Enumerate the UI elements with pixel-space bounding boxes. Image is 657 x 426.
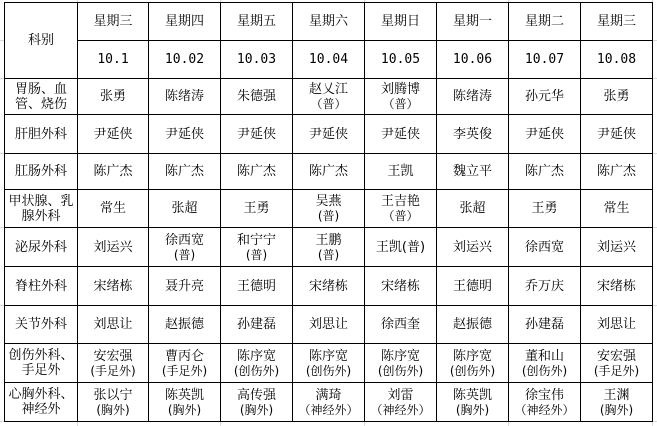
- doctor-cell: 曹丙仑(手足外): [149, 344, 221, 383]
- doctor-note: （普）: [365, 97, 436, 111]
- doctor-cell: 朱德强: [221, 79, 293, 115]
- doctor-cell: 宋绪栋: [581, 267, 653, 306]
- doctor-cell: 赵振德: [437, 306, 509, 344]
- doctor-name: 徐西奎: [365, 317, 436, 332]
- doctor-cell: 尹延侠: [293, 115, 365, 154]
- doctor-cell: 刘雷（神经外）: [365, 383, 437, 422]
- doctor-name: 陈序宽: [437, 349, 508, 364]
- doctor-name: 陈广杰: [293, 164, 364, 179]
- doctor-cell: 王德明: [437, 267, 509, 306]
- doctor-note: (手足外): [149, 364, 220, 378]
- doctor-note: (胸外): [581, 403, 652, 417]
- doctor-name: 陈广杰: [509, 164, 580, 179]
- doctor-cell: 王鹏(普): [293, 228, 365, 267]
- doctor-note: (创伤外): [221, 364, 292, 378]
- date-header: 10.05: [365, 41, 437, 79]
- doctor-name: 尹延侠: [221, 127, 292, 142]
- doctor-cell: 宋绪栋: [293, 267, 365, 306]
- doctor-name: 宋绪栋: [78, 279, 148, 294]
- doctor-cell: 赵振德: [149, 306, 221, 344]
- doctor-cell: 赵乂江（普）: [293, 79, 365, 115]
- schedule-row: 肛肠外科陈广杰陈广杰陈广杰陈广杰王凯魏立平陈广杰陈广杰: [5, 154, 653, 190]
- doctor-name: 陈绪涛: [149, 89, 220, 104]
- date-header: 10.07: [509, 41, 581, 79]
- weekday-header: 星期三: [78, 3, 149, 41]
- doctor-name: 陈序宽: [293, 349, 364, 364]
- doctor-cell: 徐西奎: [365, 306, 437, 344]
- doctor-note: (胸外): [437, 403, 508, 417]
- doctor-cell: 张勇: [581, 79, 653, 115]
- doctor-cell: 陈英凯(胸外): [149, 383, 221, 422]
- doctor-note: (创伤外): [437, 364, 508, 378]
- doctor-cell: 刘运兴: [78, 228, 149, 267]
- doctor-name: 曹丙仑: [149, 349, 220, 364]
- doctor-cell: 王渊(胸外): [581, 383, 653, 422]
- weekday-header: 星期一: [437, 3, 509, 41]
- department-cell: 心胸外科、神经外: [5, 383, 78, 422]
- department-cell: 创伤外科、手足外: [5, 344, 78, 383]
- doctor-cell: 乔万庆: [509, 267, 581, 306]
- doctor-name: 董和山: [509, 349, 580, 364]
- doctor-note: (普): [293, 248, 364, 262]
- doctor-name: 朱德强: [221, 89, 292, 104]
- doctor-name: 王鹏: [293, 233, 364, 248]
- doctor-name: 尹延侠: [509, 127, 580, 142]
- schedule-row: 脊柱外科宋绪栋聂升亮王德明宋绪栋宋绪栋王德明乔万庆宋绪栋: [5, 267, 653, 306]
- doctor-name: 和宁宁: [221, 233, 292, 248]
- doctor-name: 孙建磊: [221, 317, 292, 332]
- doctor-name: 陈绪涛: [437, 89, 508, 104]
- weekday-header: 星期三: [581, 3, 653, 41]
- doctor-name: 徐宝伟: [509, 388, 580, 403]
- doctor-name: 乔万庆: [509, 279, 580, 294]
- schedule-row: 泌尿外科刘运兴徐西宽(普)和宁宁(普)王鹏(普)王凯(普)刘运兴徐西宽刘运兴: [5, 228, 653, 267]
- doctor-name: 安宏强: [581, 349, 652, 364]
- doctor-name: 常生: [581, 201, 652, 216]
- doctor-name: 王渊: [581, 388, 652, 403]
- doctor-cell: 满琦（神经外）: [293, 383, 365, 422]
- doctor-name: 王凯(普): [365, 240, 436, 255]
- date-header: 10.08: [581, 41, 653, 79]
- doctor-note: （普）: [293, 97, 364, 111]
- doctor-name: 王勇: [509, 201, 580, 216]
- doctor-name: 陈序宽: [365, 349, 436, 364]
- weekday-header: 星期日: [365, 3, 437, 41]
- duty-schedule-table: 科别 星期三 星期四 星期五 星期六 星期日 星期一 星期二 星期三 10.1 …: [4, 2, 653, 422]
- doctor-cell: 安宏强(手足外): [581, 344, 653, 383]
- doctor-cell: 王凯(普): [365, 228, 437, 267]
- doctor-name: 刘思让: [581, 317, 652, 332]
- doctor-cell: 陈广杰: [78, 154, 149, 190]
- doctor-note: （神经外）: [293, 403, 364, 417]
- doctor-note: （神经外）: [365, 403, 436, 417]
- doctor-cell: 徐西宽: [509, 228, 581, 267]
- doctor-name: 刘思让: [293, 317, 364, 332]
- doctor-name: 陈广杰: [221, 164, 292, 179]
- doctor-name: 刘雷: [365, 388, 436, 403]
- doctor-cell: 徐宝伟（神经外）: [509, 383, 581, 422]
- date-header: 10.02: [149, 41, 221, 79]
- doctor-name: 刘运兴: [437, 240, 508, 255]
- department-cell: 甲状腺、乳腺外科: [5, 190, 78, 228]
- department-cell: 关节外科: [5, 306, 78, 344]
- doctor-cell: 王吉艳（普）: [365, 190, 437, 228]
- doctor-name: 王德明: [437, 279, 508, 294]
- doctor-name: 王德明: [221, 279, 292, 294]
- department-cell: 肛肠外科: [5, 154, 78, 190]
- doctor-cell: 陈绪涛: [149, 79, 221, 115]
- doctor-note: (胸外): [221, 403, 292, 417]
- date-header: 10.03: [221, 41, 293, 79]
- doctor-name: 安宏强: [78, 349, 148, 364]
- doctor-name: 陈广杰: [581, 164, 652, 179]
- doctor-name: 满琦: [293, 388, 364, 403]
- weekday-header: 星期二: [509, 3, 581, 41]
- doctor-name: 刘腾博: [365, 82, 436, 97]
- doctor-name: 魏立平: [437, 164, 508, 179]
- doctor-name: 赵振德: [437, 317, 508, 332]
- doctor-name: 李英俊: [437, 127, 508, 142]
- doctor-note: (普): [221, 248, 292, 262]
- schedule-row: 心胸外科、神经外张以宁(胸外)陈英凯(胸外)高传强(胸外)满琦（神经外）刘雷（神…: [5, 383, 653, 422]
- doctor-name: 尹延侠: [581, 127, 652, 142]
- doctor-name: 王凯: [365, 164, 436, 179]
- doctor-cell: 陈英凯(胸外): [437, 383, 509, 422]
- doctor-name: 王勇: [221, 201, 292, 216]
- doctor-cell: 常生: [581, 190, 653, 228]
- doctor-name: 陈序宽: [221, 349, 292, 364]
- doctor-name: 刘运兴: [78, 240, 148, 255]
- doctor-cell: 尹延侠: [581, 115, 653, 154]
- doctor-name: 陈英凯: [437, 388, 508, 403]
- doctor-cell: 张勇: [78, 79, 149, 115]
- doctor-cell: 刘腾博（普）: [365, 79, 437, 115]
- doctor-name: 尹延侠: [293, 127, 364, 142]
- doctor-name: 陈英凯: [149, 388, 220, 403]
- doctor-cell: 孙建磊: [509, 306, 581, 344]
- doctor-cell: 刘思让: [293, 306, 365, 344]
- header-date-row: 10.1 10.02 10.03 10.04 10.05 10.06 10.07…: [5, 41, 653, 79]
- doctor-cell: 尹延侠: [221, 115, 293, 154]
- doctor-cell: 高传强(胸外): [221, 383, 293, 422]
- doctor-cell: 李英俊: [437, 115, 509, 154]
- schedule-row: 肝胆外科尹延侠尹延侠尹延侠尹延侠尹延侠李英俊尹延侠尹延侠: [5, 115, 653, 154]
- doctor-cell: 陈广杰: [581, 154, 653, 190]
- doctor-name: 刘思让: [78, 317, 148, 332]
- doctor-cell: 陈广杰: [293, 154, 365, 190]
- doctor-cell: 安宏强(手足外): [78, 344, 149, 383]
- doctor-cell: 尹延侠: [365, 115, 437, 154]
- header-weekday-row: 科别 星期三 星期四 星期五 星期六 星期日 星期一 星期二 星期三: [5, 3, 653, 41]
- doctor-note: (胸外): [78, 403, 148, 417]
- doctor-cell: 刘运兴: [581, 228, 653, 267]
- weekday-header: 星期六: [293, 3, 365, 41]
- doctor-cell: 陈序宽(创伤外): [221, 344, 293, 383]
- doctor-name: 尹延侠: [78, 127, 148, 142]
- date-header: 10.04: [293, 41, 365, 79]
- doctor-cell: 宋绪栋: [78, 267, 149, 306]
- doctor-name: 尹延侠: [365, 127, 436, 142]
- doctor-cell: 刘运兴: [437, 228, 509, 267]
- doctor-name: 张勇: [78, 89, 148, 104]
- doctor-name: 陈广杰: [149, 164, 220, 179]
- doctor-name: 常生: [78, 201, 148, 216]
- doctor-name: 聂升亮: [149, 279, 220, 294]
- doctor-name: 刘运兴: [581, 240, 652, 255]
- doctor-name: 孙建磊: [509, 317, 580, 332]
- doctor-name: 赵振德: [149, 317, 220, 332]
- weekday-header: 星期五: [221, 3, 293, 41]
- doctor-note: （普）: [365, 209, 436, 223]
- doctor-name: 张超: [437, 201, 508, 216]
- doctor-cell: 刘思让: [78, 306, 149, 344]
- weekday-header: 星期四: [149, 3, 221, 41]
- doctor-cell: 孙元华: [509, 79, 581, 115]
- doctor-cell: 王勇: [509, 190, 581, 228]
- department-cell: 脊柱外科: [5, 267, 78, 306]
- doctor-name: 尹延侠: [149, 127, 220, 142]
- doctor-name: 王吉艳: [365, 194, 436, 209]
- doctor-cell: 陈广杰: [221, 154, 293, 190]
- doctor-note: (普): [149, 248, 220, 262]
- doctor-name: 张超: [149, 201, 220, 216]
- doctor-cell: 吴燕(普): [293, 190, 365, 228]
- doctor-name: 高传强: [221, 388, 292, 403]
- doctor-note: （神经外）: [509, 403, 580, 417]
- department-cell: 肝胆外科: [5, 115, 78, 154]
- doctor-note: (胸外): [149, 403, 220, 417]
- doctor-cell: 陈广杰: [509, 154, 581, 190]
- doctor-name: 陈广杰: [78, 164, 148, 179]
- doctor-cell: 尹延侠: [149, 115, 221, 154]
- doctor-name: 宋绪栋: [365, 279, 436, 294]
- doctor-cell: 常生: [78, 190, 149, 228]
- doctor-cell: 张以宁(胸外): [78, 383, 149, 422]
- doctor-note: (普): [293, 209, 364, 223]
- date-header: 10.1: [78, 41, 149, 79]
- doctor-name: 张以宁: [78, 388, 148, 403]
- doctor-note: (手足外): [581, 364, 652, 378]
- doctor-cell: 尹延侠: [78, 115, 149, 154]
- doctor-cell: 和宁宁(普): [221, 228, 293, 267]
- doctor-cell: 王德明: [221, 267, 293, 306]
- doctor-name: 吴燕: [293, 194, 364, 209]
- doctor-cell: 张超: [437, 190, 509, 228]
- date-header: 10.06: [437, 41, 509, 79]
- doctor-cell: 陈序宽(创伤外): [293, 344, 365, 383]
- schedule-row: 胃肠、血管、烧伤张勇陈绪涛朱德强赵乂江（普）刘腾博（普）陈绪涛孙元华张勇: [5, 79, 653, 115]
- schedule-row: 关节外科刘思让赵振德孙建磊刘思让徐西奎赵振德孙建磊刘思让: [5, 306, 653, 344]
- doctor-note: (手足外): [78, 364, 148, 378]
- doctor-name: 徐西宽: [509, 240, 580, 255]
- doctor-name: 宋绪栋: [581, 279, 652, 294]
- doctor-cell: 聂升亮: [149, 267, 221, 306]
- doctor-cell: 尹延侠: [509, 115, 581, 154]
- doctor-name: 徐西宽: [149, 233, 220, 248]
- schedule-row: 甲状腺、乳腺外科常生张超王勇吴燕(普)王吉艳（普）张超王勇常生: [5, 190, 653, 228]
- doctor-cell: 宋绪栋: [365, 267, 437, 306]
- doctor-note: (创伤外): [365, 364, 436, 378]
- doctor-cell: 魏立平: [437, 154, 509, 190]
- doctor-cell: 董和山(创伤外): [509, 344, 581, 383]
- doctor-cell: 徐西宽(普): [149, 228, 221, 267]
- doctor-note: (创伤外): [293, 364, 364, 378]
- doctor-cell: 孙建磊: [221, 306, 293, 344]
- doctor-cell: 王凯: [365, 154, 437, 190]
- doctor-cell: 王勇: [221, 190, 293, 228]
- department-cell: 泌尿外科: [5, 228, 78, 267]
- doctor-cell: 陈序宽(创伤外): [437, 344, 509, 383]
- doctor-cell: 陈广杰: [149, 154, 221, 190]
- doctor-cell: 陈绪涛: [437, 79, 509, 115]
- doctor-name: 张勇: [581, 89, 652, 104]
- dept-column-header: 科别: [5, 3, 78, 79]
- doctor-note: (创伤外): [509, 364, 580, 378]
- doctor-cell: 刘思让: [581, 306, 653, 344]
- doctor-name: 赵乂江: [293, 82, 364, 97]
- doctor-cell: 陈序宽(创伤外): [365, 344, 437, 383]
- department-cell: 胃肠、血管、烧伤: [5, 79, 78, 115]
- doctor-name: 孙元华: [509, 89, 580, 104]
- doctor-cell: 张超: [149, 190, 221, 228]
- schedule-row: 创伤外科、手足外安宏强(手足外)曹丙仑(手足外)陈序宽(创伤外)陈序宽(创伤外)…: [5, 344, 653, 383]
- doctor-name: 宋绪栋: [293, 279, 364, 294]
